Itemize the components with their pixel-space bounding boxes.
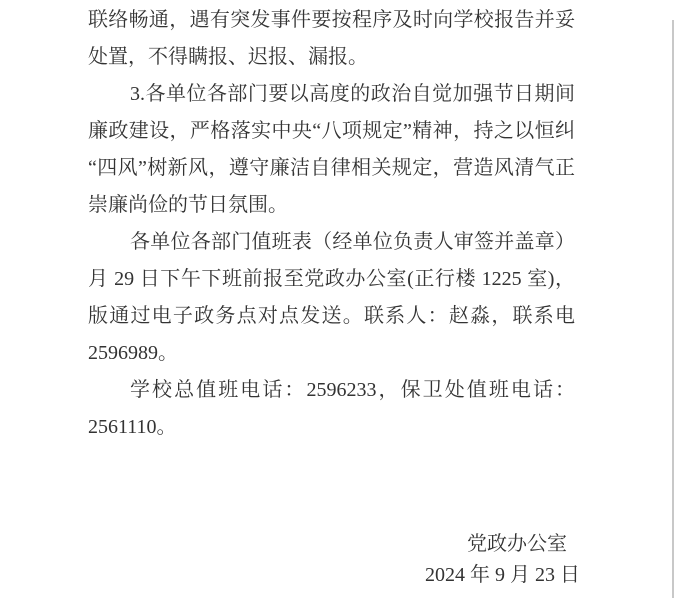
body-line-3: 3.各单位各部门要以高度的政治自觉加强节日期间党风 [88, 76, 575, 113]
body-line-1: 联络畅通，遇有突发事件要按程序及时向学校报告并妥善 [88, 2, 575, 39]
body-line-10: 2596989。 [88, 335, 575, 372]
body-line-9: 版通过电子政务点对点发送。联系人：赵淼，联系电话： [88, 298, 575, 335]
body-line-4: 廉政建设，严格落实中央“八项规定”精神，持之以恒纠 [88, 113, 575, 150]
signature-date: 2024 年 9 月 23 日 [425, 562, 580, 588]
body-line-11: 学校总值班电话：2596233，保卫处值班电话： [88, 372, 575, 409]
body-line-8: 月 29 日下午下班前报至党政办公室(正行楼 1225 室)，电子 [88, 261, 575, 298]
document-body: 联络畅通，遇有突发事件要按程序及时向学校报告并妥善 处置，不得瞒报、迟报、漏报。… [88, 2, 575, 446]
body-line-7: 各单位各部门值班表（经单位负责人审签并盖章）于 9 [88, 224, 575, 261]
body-line-6: 崇廉尚俭的节日氛围。 [88, 187, 575, 224]
page-right-edge-line [672, 20, 674, 598]
signature-org: 党政办公室 [467, 531, 567, 557]
body-line-12: 2561110。 [88, 409, 575, 446]
body-line-2: 处置，不得瞒报、迟报、漏报。 [88, 39, 575, 76]
document-page: 联络畅通，遇有突发事件要按程序及时向学校报告并妥善 处置，不得瞒报、迟报、漏报。… [0, 0, 677, 598]
body-line-5: “四风”树新风，遵守廉洁自律相关规定，营造风清气正 [88, 150, 575, 187]
